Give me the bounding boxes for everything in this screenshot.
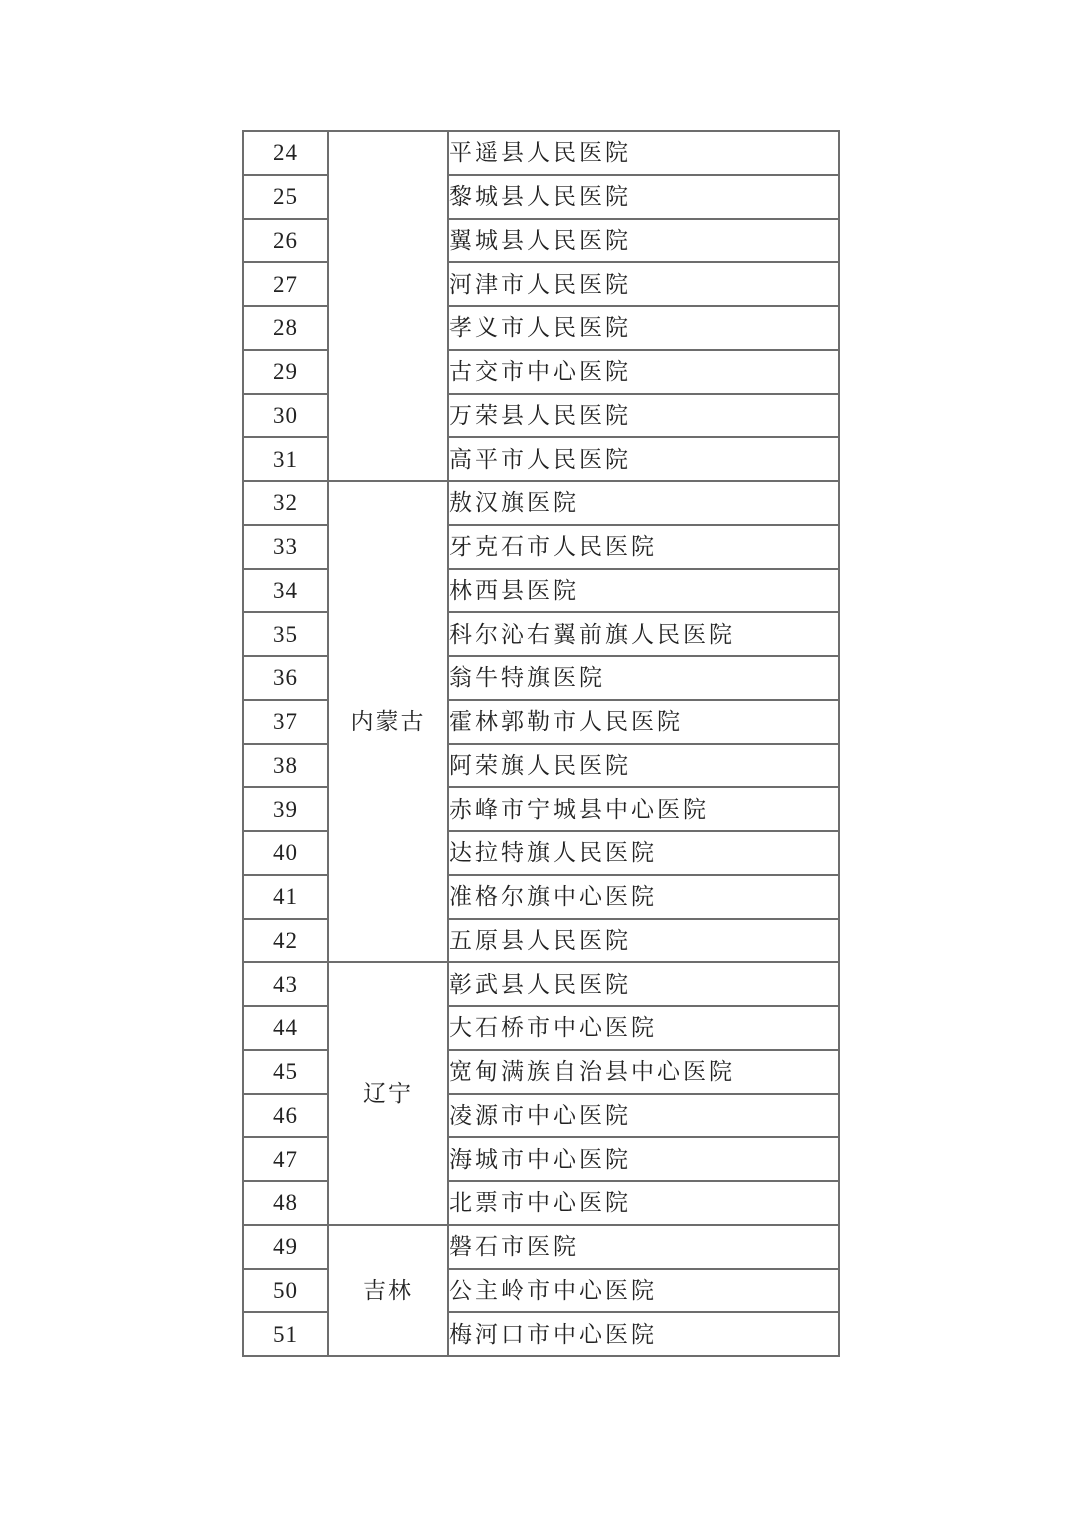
- row-number-cell: 51: [243, 1312, 328, 1356]
- row-number-cell: 43: [243, 962, 328, 1006]
- hospital-name-cell: 河津市人民医院: [448, 262, 839, 306]
- row-number-cell: 48: [243, 1181, 328, 1225]
- row-number-cell: 42: [243, 919, 328, 963]
- hospital-name-cell: 霍林郭勒市人民医院: [448, 700, 839, 744]
- hospital-name-cell: 敖汉旗医院: [448, 481, 839, 525]
- row-number-cell: 35: [243, 612, 328, 656]
- row-number-cell: 40: [243, 831, 328, 875]
- hospital-name-cell: 林西县医院: [448, 569, 839, 613]
- hospital-name-cell: 梅河口市中心医院: [448, 1312, 839, 1356]
- hospital-name-cell: 黎城县人民医院: [448, 175, 839, 219]
- hospital-name-cell: 高平市人民医院: [448, 437, 839, 481]
- hospital-name-cell: 科尔沁右翼前旗人民医院: [448, 612, 839, 656]
- document-page: 24平遥县人民医院25黎城县人民医院26翼城县人民医院27河津市人民医院28孝义…: [0, 0, 1080, 1527]
- row-number-cell: 37: [243, 700, 328, 744]
- hospital-name-cell: 磐石市医院: [448, 1225, 839, 1269]
- province-cell: 吉林: [328, 1225, 448, 1356]
- row-number-cell: 27: [243, 262, 328, 306]
- row-number-cell: 49: [243, 1225, 328, 1269]
- hospital-name-cell: 准格尔旗中心医院: [448, 875, 839, 919]
- table-row: 49吉林磐石市医院: [243, 1225, 839, 1269]
- hospital-name-cell: 万荣县人民医院: [448, 394, 839, 438]
- hospital-name-cell: 公主岭市中心医院: [448, 1269, 839, 1313]
- hospital-name-cell: 平遥县人民医院: [448, 131, 839, 175]
- row-number-cell: 32: [243, 481, 328, 525]
- hospital-name-cell: 牙克石市人民医院: [448, 525, 839, 569]
- hospital-name-cell: 五原县人民医院: [448, 919, 839, 963]
- hospital-name-cell: 彰武县人民医院: [448, 962, 839, 1006]
- row-number-cell: 50: [243, 1269, 328, 1313]
- row-number-cell: 36: [243, 656, 328, 700]
- row-number-cell: 28: [243, 306, 328, 350]
- hospital-table-body: 24平遥县人民医院25黎城县人民医院26翼城县人民医院27河津市人民医院28孝义…: [243, 131, 839, 1356]
- hospital-name-cell: 孝义市人民医院: [448, 306, 839, 350]
- hospital-name-cell: 达拉特旗人民医院: [448, 831, 839, 875]
- province-cell: 辽宁: [328, 962, 448, 1225]
- table-row: 24平遥县人民医院: [243, 131, 839, 175]
- row-number-cell: 24: [243, 131, 328, 175]
- row-number-cell: 25: [243, 175, 328, 219]
- hospital-table: 24平遥县人民医院25黎城县人民医院26翼城县人民医院27河津市人民医院28孝义…: [242, 130, 840, 1357]
- province-cell: [328, 131, 448, 481]
- table-row: 32内蒙古敖汉旗医院: [243, 481, 839, 525]
- row-number-cell: 47: [243, 1137, 328, 1181]
- province-cell: 内蒙古: [328, 481, 448, 962]
- hospital-name-cell: 大石桥市中心医院: [448, 1006, 839, 1050]
- hospital-name-cell: 古交市中心医院: [448, 350, 839, 394]
- row-number-cell: 44: [243, 1006, 328, 1050]
- row-number-cell: 45: [243, 1050, 328, 1094]
- row-number-cell: 38: [243, 744, 328, 788]
- hospital-name-cell: 翁牛特旗医院: [448, 656, 839, 700]
- row-number-cell: 31: [243, 437, 328, 481]
- hospital-name-cell: 海城市中心医院: [448, 1137, 839, 1181]
- hospital-name-cell: 宽甸满族自治县中心医院: [448, 1050, 839, 1094]
- row-number-cell: 34: [243, 569, 328, 613]
- hospital-name-cell: 赤峰市宁城县中心医院: [448, 787, 839, 831]
- row-number-cell: 26: [243, 219, 328, 263]
- row-number-cell: 39: [243, 787, 328, 831]
- row-number-cell: 33: [243, 525, 328, 569]
- hospital-name-cell: 翼城县人民医院: [448, 219, 839, 263]
- hospital-name-cell: 凌源市中心医院: [448, 1094, 839, 1138]
- row-number-cell: 29: [243, 350, 328, 394]
- row-number-cell: 46: [243, 1094, 328, 1138]
- hospital-name-cell: 阿荣旗人民医院: [448, 744, 839, 788]
- row-number-cell: 41: [243, 875, 328, 919]
- hospital-name-cell: 北票市中心医院: [448, 1181, 839, 1225]
- table-row: 43辽宁彰武县人民医院: [243, 962, 839, 1006]
- row-number-cell: 30: [243, 394, 328, 438]
